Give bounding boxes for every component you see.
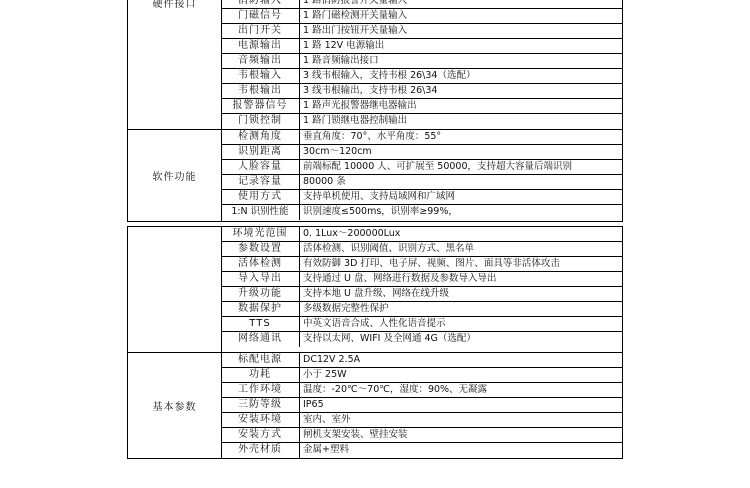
table-row: 识别距离30cm～120cm xyxy=(221,145,622,160)
row-value: 前端标配 10000 人、可扩展至 50000，支持超大容量后端识别 xyxy=(300,160,622,174)
row-label: 三防等级 xyxy=(221,398,300,412)
spec-section-hardware: 硬件接口 消防输入1 路消防报警开关量输入 门磁信号1 路门磁检测开关量输入 出… xyxy=(127,0,623,130)
row-value: 3 线韦根输入，支持韦根 26\34（选配） xyxy=(300,69,622,83)
table-row: 检测角度垂直角度：70°、水平角度：55° xyxy=(221,130,622,145)
table-row: 报警器信号1 路声光报警器继电器输出 xyxy=(221,99,622,114)
row-label: 识别距离 xyxy=(221,145,300,159)
row-label: 音频输出 xyxy=(221,54,300,68)
row-value: 多级数据完整性保护 xyxy=(300,302,622,316)
row-label: 韦根输出 xyxy=(221,84,300,98)
table-row: 门磁信号1 路门磁检测开关量输入 xyxy=(221,9,622,24)
row-label: 升级功能 xyxy=(221,287,300,301)
row-value: 垂直角度：70°、水平角度：55° xyxy=(300,130,622,144)
row-value: 中英文语音合成、人性化语音提示 xyxy=(300,317,622,331)
table-row: 导入导出支持通过 U 盘、网络进行数据及参数导入导出 xyxy=(221,272,622,287)
row-value: 1 路门磁检测开关量输入 xyxy=(300,9,622,23)
row-label: 安装方式 xyxy=(221,428,300,442)
row-value: 有效防御 3D 打印、电子屏、视频、图片、面具等非活体攻击 xyxy=(300,257,622,271)
row-label: 检测角度 xyxy=(221,130,300,144)
row-value: 支持以太网、WIFI 及全网通 4G（选配） xyxy=(300,332,622,347)
table-row: 活体检测有效防御 3D 打印、电子屏、视频、图片、面具等非活体攻击 xyxy=(221,257,622,272)
row-value: 1 路消防报警开关量输入 xyxy=(300,0,622,8)
table-row: 音频输出1 路音频输出接口 xyxy=(221,54,622,69)
row-label: 外壳材质 xyxy=(221,443,300,458)
row-label: 记录容量 xyxy=(221,175,300,189)
spec-section-software-continued: 环境光范围0. 1Lux～200000Lux 参数设置活体检测、识别阈值、识别方… xyxy=(127,226,623,353)
row-value: 1 路音频输出接口 xyxy=(300,54,622,68)
row-value: DC12V 2.5A xyxy=(300,353,622,367)
row-label: 导入导出 xyxy=(221,272,300,286)
row-value: 支持通过 U 盘、网络进行数据及参数导入导出 xyxy=(300,272,622,286)
row-value: 室内、室外 xyxy=(300,413,622,427)
row-label: 韦根输入 xyxy=(221,69,300,83)
table-row: TTS中英文语音合成、人性化语音提示 xyxy=(221,317,622,332)
row-value: 金属+塑料 xyxy=(300,443,622,458)
table-row: 网络通讯支持以太网、WIFI 及全网通 4G（选配） xyxy=(221,332,622,347)
table-row: 人脸容量前端标配 10000 人、可扩展至 50000，支持超大容量后端识别 xyxy=(221,160,622,175)
spec-section-software: 软件功能 检测角度垂直角度：70°、水平角度：55° 识别距离30cm～120c… xyxy=(127,129,623,222)
row-value: 0. 1Lux～200000Lux xyxy=(300,227,622,241)
row-label: 人脸容量 xyxy=(221,160,300,174)
row-value: 识别速度≤500ms，识别率≥99%， xyxy=(300,205,622,220)
row-value: 支持单机使用、支持局域网和广域网 xyxy=(300,190,622,204)
table-row: 标配电源DC12V 2.5A xyxy=(221,353,622,368)
row-label: 参数设置 xyxy=(221,242,300,256)
table-row: 功耗小于 25W xyxy=(221,368,622,383)
row-label: TTS xyxy=(221,317,300,331)
row-label: 门锁控制 xyxy=(221,114,300,129)
row-value: 30cm～120cm xyxy=(300,145,622,159)
row-label: 网络通讯 xyxy=(221,332,300,347)
table-row: 1:N 识别性能识别速度≤500ms，识别率≥99%， xyxy=(221,205,622,220)
row-label: 使用方式 xyxy=(221,190,300,204)
spec-section-basic: 基本参数 标配电源DC12V 2.5A 功耗小于 25W 工作环境温度：-20℃… xyxy=(127,352,623,459)
table-row: 安装方式闸机支架安装、壁挂安装 xyxy=(221,428,622,443)
row-label: 安装环境 xyxy=(221,413,300,427)
row-value: 1 路 12V 电源输出 xyxy=(300,39,622,53)
row-value: 闸机支架安装、壁挂安装 xyxy=(300,428,622,442)
row-value: 温度：-20℃～70℃，湿度：90%、无凝露 xyxy=(300,383,622,397)
category-label: 硬件接口 xyxy=(128,0,222,129)
row-label: 报警器信号 xyxy=(221,99,300,113)
row-value: 支持本地 U 盘升级、网络在线升级 xyxy=(300,287,622,301)
table-row: 工作环境温度：-20℃～70℃，湿度：90%、无凝露 xyxy=(221,383,622,398)
row-value: 1 路声光报警器继电器输出 xyxy=(300,99,622,113)
row-value: 活体检测、识别阈值、识别方式、黑名单 xyxy=(300,242,622,256)
row-label: 活体检测 xyxy=(221,257,300,271)
row-label: 出门开关 xyxy=(221,24,300,38)
row-label: 电源输出 xyxy=(221,39,300,53)
row-value: IP65 xyxy=(300,398,622,412)
table-row: 环境光范围0. 1Lux～200000Lux xyxy=(221,227,622,242)
table-row: 消防输入1 路消防报警开关量输入 xyxy=(221,0,622,9)
row-value: 小于 25W xyxy=(300,368,622,382)
row-label: 标配电源 xyxy=(221,353,300,367)
row-label: 环境光范围 xyxy=(221,227,300,241)
table-row: 升级功能支持本地 U 盘升级、网络在线升级 xyxy=(221,287,622,302)
table-row: 参数设置活体检测、识别阈值、识别方式、黑名单 xyxy=(221,242,622,257)
category-label xyxy=(128,227,222,352)
table-row: 安装环境室内、室外 xyxy=(221,413,622,428)
table-row: 三防等级IP65 xyxy=(221,398,622,413)
table-row: 外壳材质金属+塑料 xyxy=(221,443,622,458)
row-label: 门磁信号 xyxy=(221,9,300,23)
table-row: 数据保护多级数据完整性保护 xyxy=(221,302,622,317)
row-value: 1 路出门按钮开关量输入 xyxy=(300,24,622,38)
row-value: 3 线韦根输出，支持韦根 26\34 xyxy=(300,84,622,98)
row-value: 1 路门锁继电器控制输出 xyxy=(300,114,622,129)
table-row: 电源输出1 路 12V 电源输出 xyxy=(221,39,622,54)
row-value: 80000 条 xyxy=(300,175,622,189)
row-label: 消防输入 xyxy=(221,0,300,8)
table-row: 出门开关1 路出门按钮开关量输入 xyxy=(221,24,622,39)
category-label: 基本参数 xyxy=(128,353,222,458)
row-label: 功耗 xyxy=(221,368,300,382)
row-label: 1:N 识别性能 xyxy=(221,205,300,220)
row-label: 数据保护 xyxy=(221,302,300,316)
category-label: 软件功能 xyxy=(128,130,222,221)
row-label: 工作环境 xyxy=(221,383,300,397)
table-row: 韦根输入3 线韦根输入，支持韦根 26\34（选配） xyxy=(221,69,622,84)
table-row: 记录容量80000 条 xyxy=(221,175,622,190)
table-row: 韦根输出3 线韦根输出，支持韦根 26\34 xyxy=(221,84,622,99)
table-row: 门锁控制1 路门锁继电器控制输出 xyxy=(221,114,622,129)
table-row: 使用方式支持单机使用、支持局域网和广域网 xyxy=(221,190,622,205)
